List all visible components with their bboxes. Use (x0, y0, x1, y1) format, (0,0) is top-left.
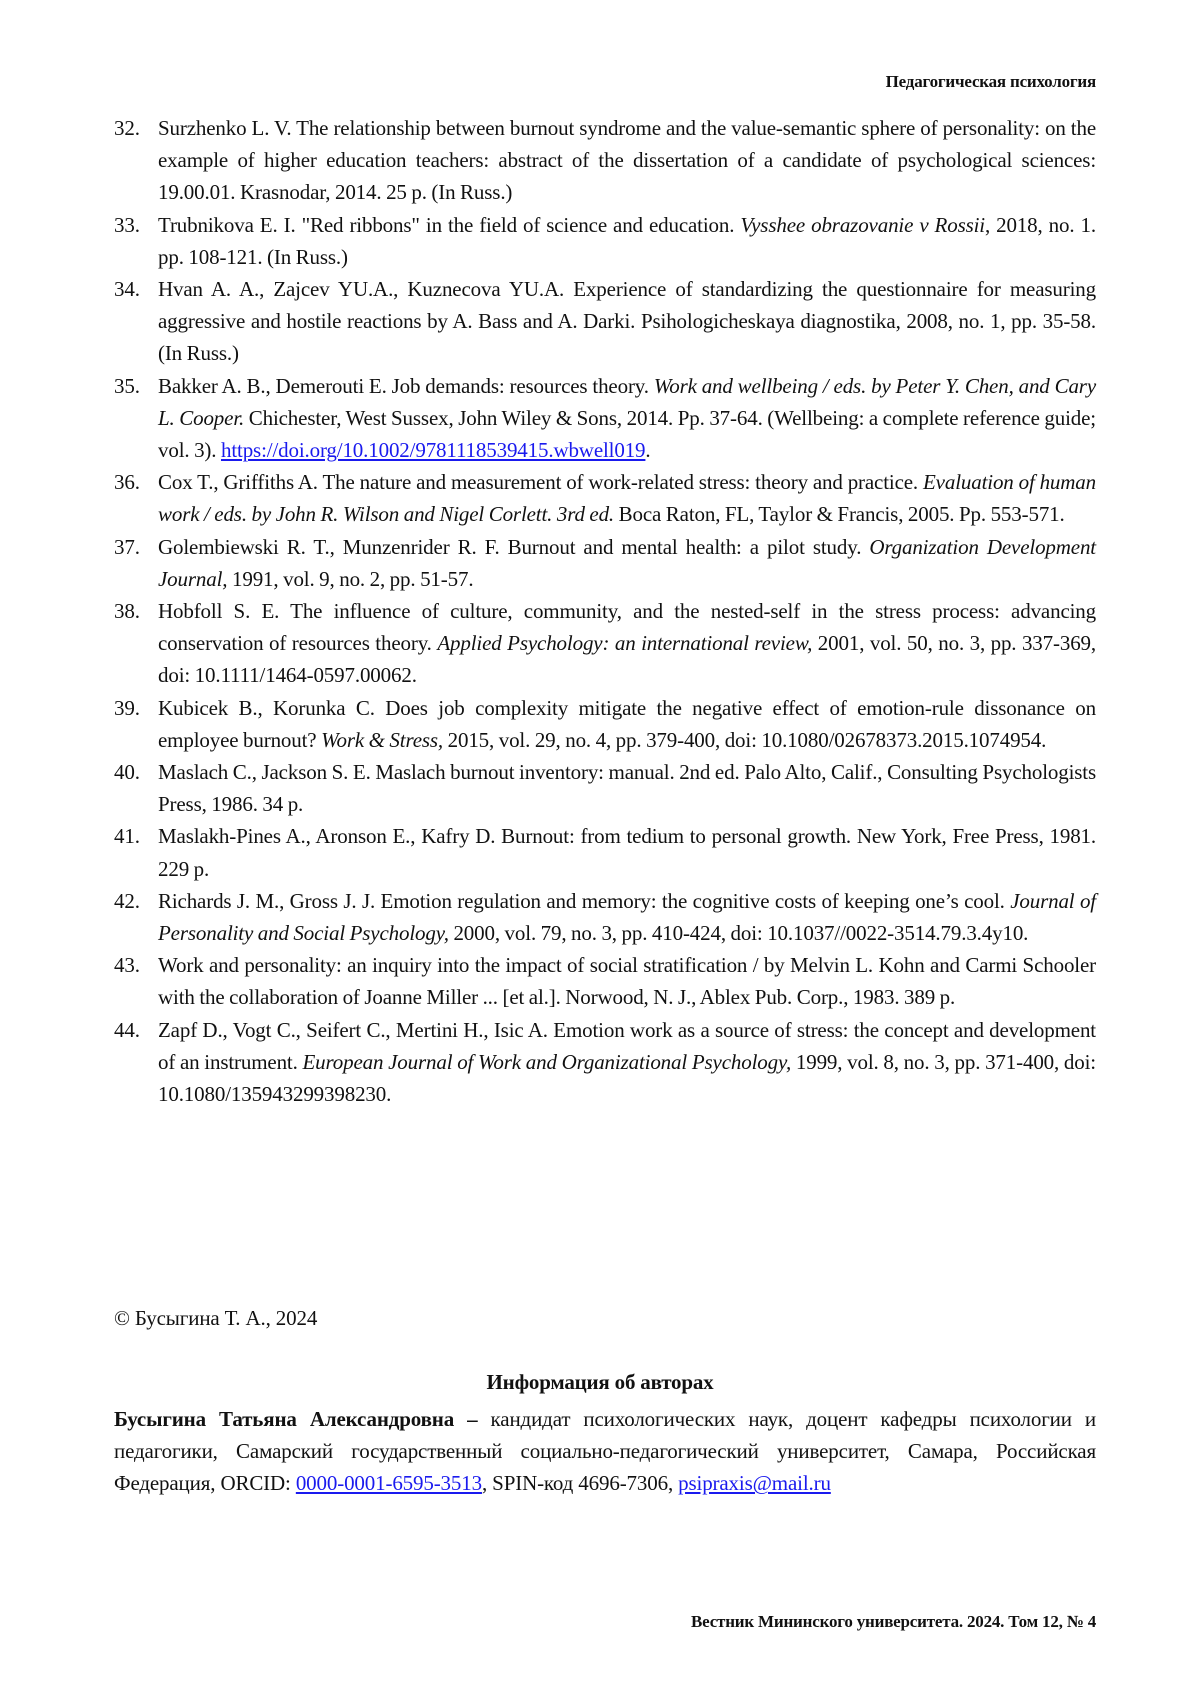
reference-item: 34.Hvan A. A., Zajcev YU.A., Kuznecova Y… (112, 273, 1096, 370)
reference-fragment: 2000, vol. 79, no. 3, pp. 410-424, doi: … (449, 921, 1028, 945)
reference-item: 41.Maslakh-Pines A., Aronson E., Kafry D… (112, 820, 1096, 884)
reference-source-title: European Journal of Work and Organizatio… (303, 1050, 792, 1074)
reference-text: Bakker A. B., Demerouti E. Job demands: … (158, 374, 1096, 462)
reference-number: 41. (114, 820, 140, 852)
reference-fragment: Work and personality: an inquiry into th… (158, 953, 1096, 1009)
reference-fragment: 1991, vol. 9, no. 2, pp. 51-57. (227, 567, 473, 591)
reference-fragment: . (645, 438, 650, 462)
reference-number: 38. (114, 595, 140, 627)
reference-fragment: Hvan A. A., Zajcev YU.A., Kuznecova YU.A… (158, 277, 1096, 365)
authors-heading: Информация об авторах (0, 1370, 1200, 1395)
reference-fragment: Maslakh-Pines A., Aronson E., Kafry D. B… (158, 824, 1096, 880)
reference-fragment: Surzhenko L. V. The relationship between… (158, 116, 1096, 204)
running-footer: Вестник Мининского университета. 2024. Т… (691, 1612, 1096, 1632)
reference-item: 42.Richards J. M., Gross J. J. Emotion r… (112, 885, 1096, 949)
reference-fragment: Bakker A. B., Demerouti E. Job demands: … (158, 374, 654, 398)
reference-source-title: Work & Stress, (321, 728, 443, 752)
doi-link[interactable]: https://doi.org/10.1002/9781118539415.wb… (221, 438, 645, 462)
author-name: Бусыгина Татьяна Александровна – (114, 1407, 478, 1431)
reference-number: 33. (114, 209, 140, 241)
reference-list: 32.Surzhenko L. V. The relationship betw… (112, 112, 1096, 1110)
reference-text: Hvan A. A., Zajcev YU.A., Kuznecova YU.A… (158, 277, 1096, 365)
reference-fragment: Boca Raton, FL, Taylor & Francis, 2005. … (614, 502, 1065, 526)
reference-text: Zapf D., Vogt C., Seifert C., Mertini H.… (158, 1018, 1096, 1106)
reference-text: Surzhenko L. V. The relationship between… (158, 116, 1096, 204)
reference-number: 35. (114, 370, 140, 402)
reference-number: 37. (114, 531, 140, 563)
reference-item: 33.Trubnikova E. I. "Red ribbons" in the… (112, 209, 1096, 273)
reference-item: 44.Zapf D., Vogt C., Seifert C., Mertini… (112, 1014, 1096, 1111)
reference-fragment: Richards J. M., Gross J. J. Emotion regu… (158, 889, 1010, 913)
author-spin-text: , SPIN-код 4696-7306, (482, 1471, 678, 1495)
reference-number: 39. (114, 692, 140, 724)
reference-number: 40. (114, 756, 140, 788)
reference-number: 44. (114, 1014, 140, 1046)
reference-fragment: 2015, vol. 29, no. 4, pp. 379-400, doi: … (443, 728, 1046, 752)
reference-source-title: Applied Psychology: an international rev… (437, 631, 812, 655)
reference-item: 37.Golembiewski R. T., Munzenrider R. F.… (112, 531, 1096, 595)
orcid-link[interactable]: 0000-0001-6595-3513 (296, 1471, 482, 1495)
reference-text: Work and personality: an inquiry into th… (158, 953, 1096, 1009)
reference-number: 42. (114, 885, 140, 917)
reference-item: 39.Kubicek B., Korunka C. Does job compl… (112, 692, 1096, 756)
email-link[interactable]: psipraxis@mail.ru (678, 1471, 831, 1495)
reference-number: 34. (114, 273, 140, 305)
reference-text: Maslach C., Jackson S. E. Maslach burnou… (158, 760, 1096, 816)
reference-text: Maslakh-Pines A., Aronson E., Kafry D. B… (158, 824, 1096, 880)
reference-text: Hobfoll S. E. The influence of culture, … (158, 599, 1096, 687)
reference-item: 38.Hobfoll S. E. The influence of cultur… (112, 595, 1096, 692)
reference-text: Trubnikova E. I. "Red ribbons" in the fi… (158, 213, 1096, 269)
reference-text: Richards J. M., Gross J. J. Emotion regu… (158, 889, 1096, 945)
reference-number: 32. (114, 112, 140, 144)
reference-text: Kubicek B., Korunka C. Does job complexi… (158, 696, 1096, 752)
reference-source-title: Vysshee obrazovanie v Rossii (740, 213, 985, 237)
reference-fragment: Trubnikova E. I. "Red ribbons" in the fi… (158, 213, 740, 237)
author-bio: Бусыгина Татьяна Александровна – кандида… (114, 1403, 1096, 1500)
reference-number: 43. (114, 949, 140, 981)
copyright-line: © Бусыгина Т. А., 2024 (114, 1306, 317, 1331)
reference-item: 43.Work and personality: an inquiry into… (112, 949, 1096, 1013)
reference-text: Golembiewski R. T., Munzenrider R. F. Bu… (158, 535, 1096, 591)
reference-item: 36.Cox T., Griffiths A. The nature and m… (112, 466, 1096, 530)
reference-fragment: Cox T., Griffiths A. The nature and meas… (158, 470, 923, 494)
reference-fragment: Maslach C., Jackson S. E. Maslach burnou… (158, 760, 1096, 816)
reference-item: 32.Surzhenko L. V. The relationship betw… (112, 112, 1096, 209)
document-page: Педагогическая психология 32.Surzhenko L… (0, 0, 1200, 1697)
reference-text: Cox T., Griffiths A. The nature and meas… (158, 470, 1096, 526)
reference-fragment: Golembiewski R. T., Munzenrider R. F. Bu… (158, 535, 869, 559)
reference-item: 40.Maslach C., Jackson S. E. Maslach bur… (112, 756, 1096, 820)
running-header: Педагогическая психология (886, 72, 1096, 92)
reference-number: 36. (114, 466, 140, 498)
reference-item: 35.Bakker A. B., Demerouti E. Job demand… (112, 370, 1096, 467)
